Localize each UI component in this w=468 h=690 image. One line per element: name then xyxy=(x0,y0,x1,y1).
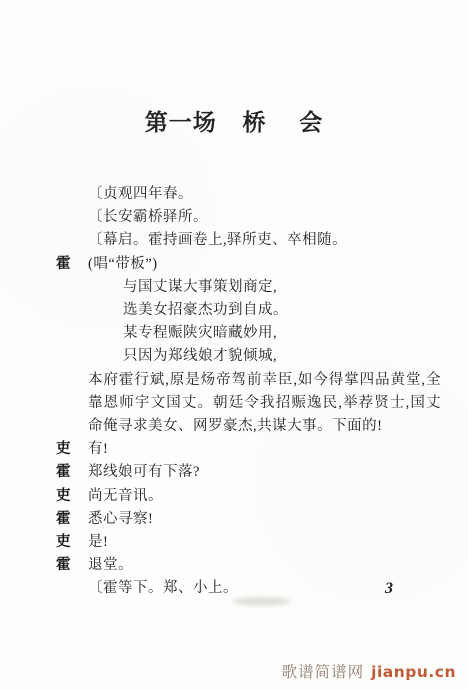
script-line-text: 〔幕启。霍持画卷上,驿所吏、卒相随。 xyxy=(88,232,347,248)
book-page: 第一场 桥 会 〔贞观四年春。〔长安霸桥驿所。〔幕启。霍持画卷上,驿所吏、卒相随… xyxy=(0,0,468,690)
script-line-stage: 〔贞观四年春。 xyxy=(0,183,468,206)
script-line-stage-indent: 〔霍等下。郑、小上。 xyxy=(0,577,468,600)
script-line-speaker-line: 霍悉心寻察! xyxy=(0,508,468,531)
script-line-stage: 〔长安霸桥驿所。 xyxy=(0,206,468,229)
script-line-verse: 与国丈谋大事策划商定, xyxy=(0,276,468,299)
script-line-speaker-line: 霍郑线娘可有下落? xyxy=(0,461,468,484)
watermark-site-name: 歌谱简谱网 xyxy=(282,664,365,681)
script-line-text: 郑线娘可有下落? xyxy=(88,464,200,480)
script-line-text: 尚无音讯。 xyxy=(88,488,163,504)
watermark-site-url[interactable]: jianpu.cn xyxy=(371,663,456,681)
script-line-text: 悉心寻察! xyxy=(88,511,153,527)
speaker-label: 霍 xyxy=(56,554,71,577)
script-line-text: 〔贞观四年春。 xyxy=(88,186,193,202)
script-line-speaker-line: 吏是! xyxy=(0,531,468,554)
script-line-text: 是! xyxy=(88,534,108,550)
speaker-label: 霍 xyxy=(56,508,71,531)
script-line-speaker-line: 吏尚无音讯。 xyxy=(0,485,468,508)
scene-title-part: 桥 xyxy=(243,104,267,137)
script-line-prose: 本府霍行斌,原是炀帝驾前幸臣,如今得掌四品黄堂,全靠恩师宇文国丈。朝廷令我招赈逸… xyxy=(0,369,468,439)
watermark: 歌谱简谱网jianpu.cn xyxy=(282,660,456,682)
scene-title: 第一场 桥 会 xyxy=(0,104,468,137)
scene-title-part: 会 xyxy=(299,104,323,137)
script-line-verse: 选美女招豪杰功到自成。 xyxy=(0,299,468,322)
speaker-label: 吏 xyxy=(56,531,71,554)
script-line-text: 只因为郑线娘才貌倾城, xyxy=(123,348,277,364)
script-line-text: 〔霍等下。郑、小上。 xyxy=(88,580,238,596)
script-line-text: 〔长安霸桥驿所。 xyxy=(88,209,208,225)
script-line-text: 与国丈谋大事策划商定, xyxy=(123,279,277,295)
script-line-speaker-line: 霍退堂。 xyxy=(0,554,468,577)
script-line-text: 退堂。 xyxy=(88,557,133,573)
scan-smudge xyxy=(233,597,291,606)
script-line-text: (唱“带板”) xyxy=(88,256,158,272)
speaker-label: 吏 xyxy=(56,485,71,508)
speaker-label: 霍 xyxy=(56,461,71,484)
page-number: 3 xyxy=(385,580,393,598)
scene-title-part: 第一场 xyxy=(145,104,217,137)
script-line-stage: 〔幕启。霍持画卷上,驿所吏、卒相随。 xyxy=(0,229,468,252)
speaker-label: 吏 xyxy=(56,438,71,461)
script-line-text: 某专程赈陕灾暗藏妙用, xyxy=(123,325,277,341)
speaker-label: 霍 xyxy=(56,253,71,276)
script-line-verse: 某专程赈陕灾暗藏妙用, xyxy=(0,322,468,345)
script-line-speaker-line: 霍(唱“带板”) xyxy=(0,253,468,276)
script-line-text: 有! xyxy=(88,441,108,457)
script-line-text: 选美女招豪杰功到自成。 xyxy=(123,302,288,318)
script-line-speaker-line: 吏有! xyxy=(0,438,468,461)
script-line-text: 本府霍行斌,原是炀帝驾前幸臣,如今得掌四品黄堂,全靠恩师宇文国丈。朝廷令我招赈逸… xyxy=(88,372,441,434)
script-line-verse: 只因为郑线娘才貌倾城, xyxy=(0,345,468,368)
script-body: 〔贞观四年春。〔长安霸桥驿所。〔幕启。霍持画卷上,驿所吏、卒相随。霍(唱“带板”… xyxy=(0,183,468,601)
